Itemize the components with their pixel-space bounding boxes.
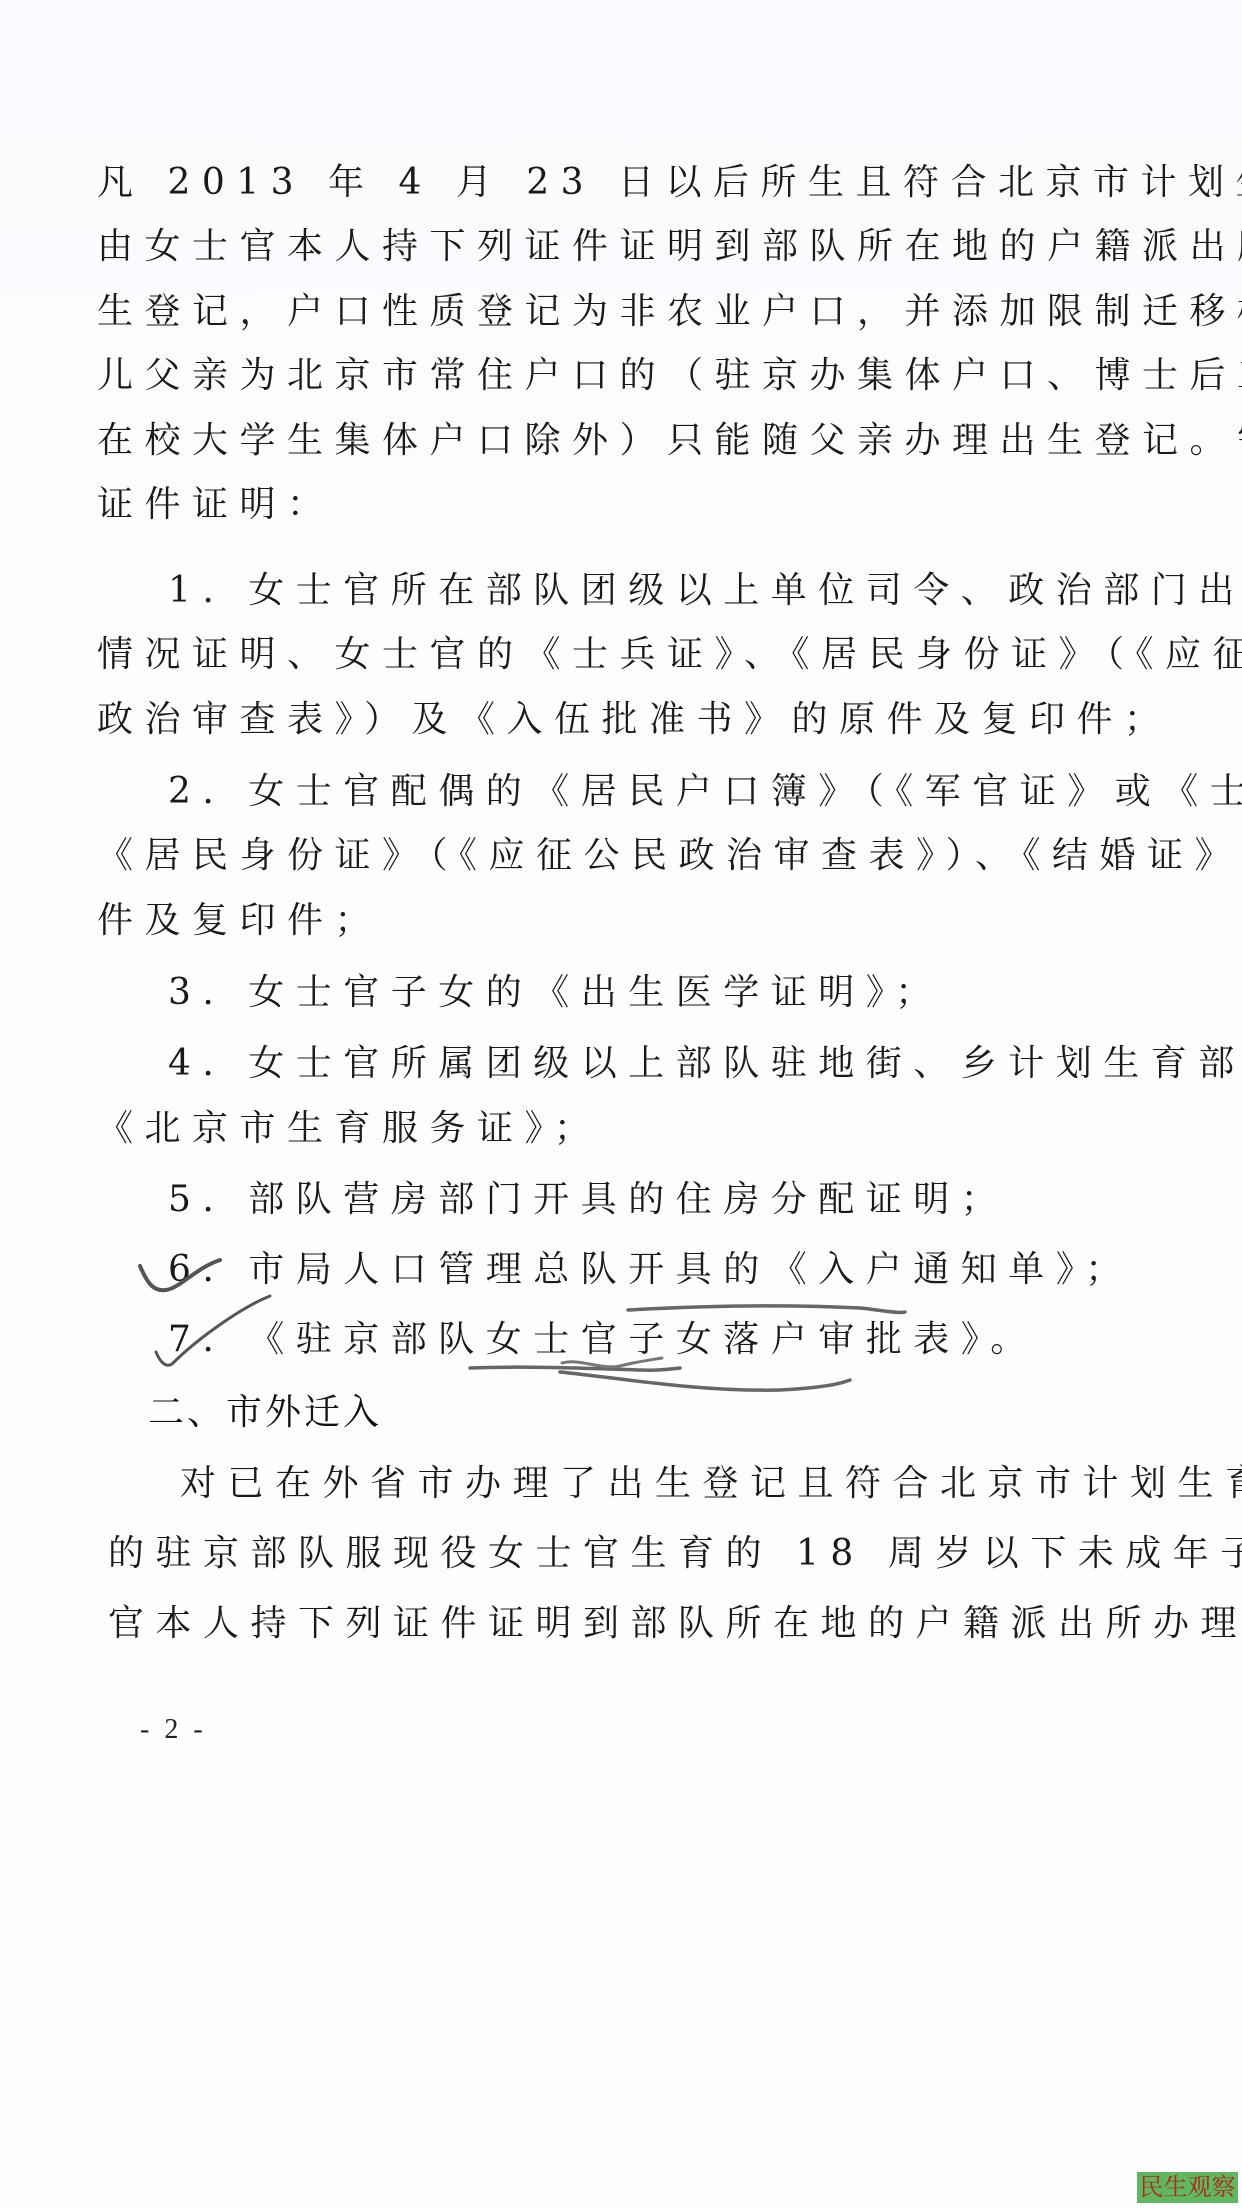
body-line: 官本人持下列证件证明到部队所在地的户籍派出所办理户口迁入 (108, 1600, 1157, 1648)
body-line: 对已在外省市办理了出生登记且符合北京市计划生育政策 (180, 1460, 1157, 1508)
document-page: 凡 2013 年 4 月 23 日以后所生且符合北京市计划生育政策的子女， 由女… (0, 0, 1242, 2208)
list-item-2-line: 2. 女士官配偶的《居民户口簿》（《军官证》或《士兵证》）、 (168, 768, 1157, 816)
body-line: 生登记，户口性质登记为非农业户口，并添加限制迁移标识。婴 (97, 288, 1157, 336)
underline-mark (628, 1306, 905, 1313)
body-line: 由女士官本人持下列证件证明到部队所在地的户籍派出所办理出 (97, 223, 1157, 271)
list-item-2-line: 《居民身份证》（《应征公民政治审查表》）、《结婚证》的原 (97, 832, 1157, 880)
list-item-7-line: 7. 《驻京部队女士官子女落户审批表》。 (168, 1316, 1157, 1364)
body-line: 证件证明： (97, 481, 1157, 529)
list-item-1-line: 政治审查表》）及《入伍批准书》的原件及复印件； (97, 696, 1157, 744)
list-item-1-line: 情况证明、女士官的《士兵证》、《居民身份证》（《应征公民 (97, 631, 1157, 679)
list-item-3-line: 3. 女士官子女的《出生医学证明》； (168, 969, 1157, 1017)
list-item-6-line: 6. 市局人口管理总队开具的《入户通知单》； (168, 1246, 1157, 1294)
list-item-5-line: 5. 部队营房部门开具的住房分配证明； (168, 1176, 1157, 1224)
list-item-4-line: 《北京市生育服务证》； (97, 1105, 1157, 1153)
underline-mark (470, 1367, 680, 1370)
list-item-4-line: 4. 女士官所属团级以上部队驻地街、乡计划生育部门出具的 (168, 1040, 1157, 1088)
list-item-2-line: 件及复印件； (97, 897, 1157, 945)
section-heading: 二、市外迁入 (148, 1389, 382, 1437)
page-number: - 2 - (140, 1714, 207, 1746)
body-line: 在校大学生集体户口除外）只能随父亲办理出生登记。需查验的 (97, 417, 1157, 465)
body-line: 凡 2013 年 4 月 23 日以后所生且符合北京市计划生育政策的子女， (97, 159, 1157, 207)
watermark-badge: 民生观察 (1137, 2172, 1238, 2203)
body-line: 的驻京部队服现役女士官生育的 18 周岁以下未成年子女，由女士 (108, 1530, 1157, 1578)
underline-mark (560, 1372, 850, 1390)
list-item-1-line: 1. 女士官所在部队团级以上单位司令、政治部门出具的婚育 (168, 567, 1157, 615)
body-line: 儿父亲为北京市常住户口的（驻京办集体户口、博士后工作户口、 (97, 352, 1157, 400)
